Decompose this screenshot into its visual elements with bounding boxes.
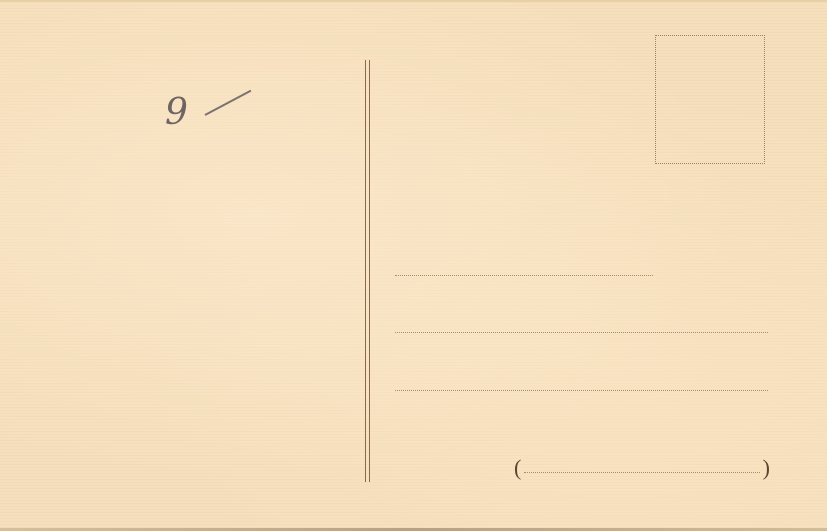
close-paren: ) xyxy=(763,455,770,481)
open-paren: ( xyxy=(514,455,521,481)
address-line-1 xyxy=(395,275,653,276)
postcode-dotted-line xyxy=(524,472,760,473)
address-line-2 xyxy=(395,332,768,333)
center-divider-line xyxy=(365,60,370,482)
handwritten-number: 9 xyxy=(165,92,188,133)
postcode-field: ( ) xyxy=(514,455,770,481)
handwritten-dash xyxy=(205,90,252,116)
postcard-back: 9 ( ) xyxy=(0,0,827,531)
card-top-edge xyxy=(0,0,827,2)
address-line-3 xyxy=(395,390,768,391)
stamp-placeholder-box xyxy=(655,35,765,164)
